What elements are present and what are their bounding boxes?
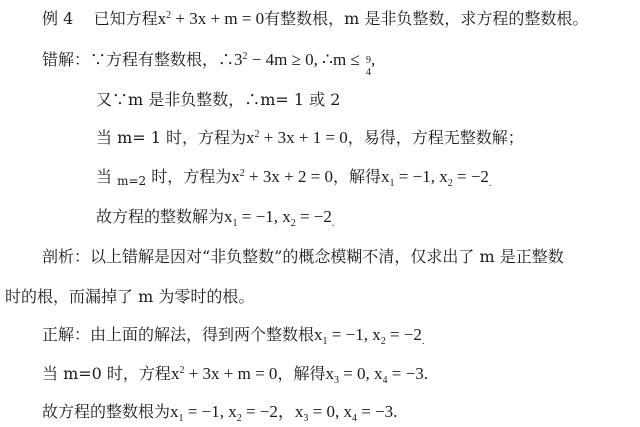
equation: x2 + 3x + 2 = 0 bbox=[231, 167, 333, 186]
text: 时的根，而漏掉了 m 为零时的根。 bbox=[5, 287, 254, 306]
base: 3 bbox=[234, 50, 243, 69]
expr: = −1, x bbox=[328, 325, 381, 344]
expr: − 4m ≥ 0, ∴m ≤ bbox=[248, 50, 365, 69]
text: ，解得 bbox=[277, 364, 325, 383]
expr: = −2 bbox=[386, 325, 422, 344]
expr: = −2 bbox=[453, 167, 489, 186]
comma: , bbox=[371, 50, 375, 69]
text: 已知方程 bbox=[94, 9, 158, 28]
text: 错解：∵方程有整数根，∴ bbox=[42, 50, 234, 69]
roots: x1 = −1, x2 = −2. bbox=[381, 167, 491, 186]
expr: = −2 bbox=[296, 207, 332, 226]
analysis-line2: 时的根，而漏掉了 m 为零时的根。 bbox=[5, 287, 254, 307]
expr: = −1, x bbox=[395, 167, 448, 186]
var: x bbox=[158, 9, 167, 28]
expr: = −1, x bbox=[238, 207, 291, 226]
correct-solution-line1: 正解：由上面的解法，得到两个整数根x1 = −1, x2 = −2. bbox=[42, 325, 424, 345]
correct-solution-line2: 当 m=0 时，方程x2 + 3x + m = 0，解得x3 = 0, x4 =… bbox=[42, 364, 428, 384]
expr: = −3. bbox=[388, 364, 428, 383]
text: ，易得，方程无整数解； bbox=[348, 128, 524, 147]
wrong-solution-line1: 错解：∵方程有整数根，∴32 − 4m ≥ 0, ∴m ≤ 94, bbox=[42, 50, 375, 79]
period: . bbox=[332, 218, 335, 229]
wrong-solution-line3: 当 m= 1 时，方程为x2 + 3x + 1 = 0，易得，方程无整数解； bbox=[96, 128, 524, 148]
period: . bbox=[422, 336, 425, 347]
var: x bbox=[224, 207, 233, 226]
wrong-solution-line4: 当 m=2 时，方程为x2 + 3x + 2 = 0，解得x1 = −1, x2… bbox=[96, 167, 491, 191]
inequality: 32 − 4m ≥ 0, ∴m ≤ 94, bbox=[234, 50, 375, 69]
example-statement: 例 4 已知方程x2 + 3x + m = 0有整数根，m 是非负整数，求方程的… bbox=[42, 9, 588, 29]
text: ，解得 bbox=[333, 167, 381, 186]
wrong-solution-line2: 又∵m 是非负整数，∴m= 1 或 2 bbox=[96, 90, 340, 110]
expr: = 0, x bbox=[308, 402, 352, 421]
expr: = 0, x bbox=[339, 364, 383, 383]
equation: x2 + 3x + m = 0 bbox=[171, 364, 278, 383]
text: 故方程的整数根为 bbox=[42, 402, 170, 421]
text: 故方程的整数解为 bbox=[96, 207, 224, 226]
roots: x3 = 0, x4 = −3. bbox=[325, 364, 428, 383]
roots: x1 = −1, x2 = −2. bbox=[314, 325, 424, 344]
expr: = −2， bbox=[242, 402, 295, 421]
m-value: m=2 bbox=[117, 174, 146, 188]
expr: + 3x + 2 = 0 bbox=[245, 167, 333, 186]
example-label: 例 4 bbox=[42, 9, 73, 28]
text: 正解：由上面的解法，得到两个整数根 bbox=[42, 325, 314, 344]
correct-solution-conclusion: 故方程的整数根为x1 = −1, x2 = −2，x3 = 0, x4 = −3… bbox=[42, 402, 397, 422]
var: x bbox=[325, 364, 334, 383]
expr: + 3x + 1 = 0 bbox=[260, 128, 348, 147]
text: 剖析：以上错解是因对“非负整数”的概念模糊不清，仅求出了 m 是正整数 bbox=[42, 247, 564, 266]
var: x bbox=[381, 167, 390, 186]
equation: x2 + 3x + m = 0 bbox=[158, 9, 265, 28]
roots: x1 = −1, x2 = −2. bbox=[224, 207, 334, 226]
text: 时，方程为 bbox=[146, 167, 231, 186]
var: x bbox=[170, 402, 179, 421]
equation: x2 + 3x + 1 = 0 bbox=[246, 128, 348, 147]
expr: = −3. bbox=[357, 402, 397, 421]
wrong-solution-conclusion: 故方程的整数解为x1 = −1, x2 = −2. bbox=[96, 207, 334, 227]
expr: = −1, x bbox=[184, 402, 237, 421]
var: x bbox=[231, 167, 240, 186]
period: . bbox=[489, 178, 492, 189]
roots: x1 = −1, x2 = −2，x3 = 0, x4 = −3. bbox=[170, 402, 397, 421]
expr: + 3x + m = 0 bbox=[184, 364, 277, 383]
text: 当 m=0 时，方程 bbox=[42, 364, 171, 383]
analysis-line1: 剖析：以上错解是因对“非负整数”的概念模糊不清，仅求出了 m 是正整数 bbox=[42, 247, 564, 267]
text: 又∵m 是非负整数，∴m= 1 或 2 bbox=[96, 90, 340, 109]
var: x bbox=[246, 128, 255, 147]
text: 当 m= 1 时，方程为 bbox=[96, 128, 246, 147]
var: x bbox=[314, 325, 323, 344]
expr: + 3x + m = 0 bbox=[171, 9, 264, 28]
text: 有整数根，m 是非负整数，求方程的整数根。 bbox=[264, 9, 588, 28]
text: 当 bbox=[96, 167, 117, 186]
